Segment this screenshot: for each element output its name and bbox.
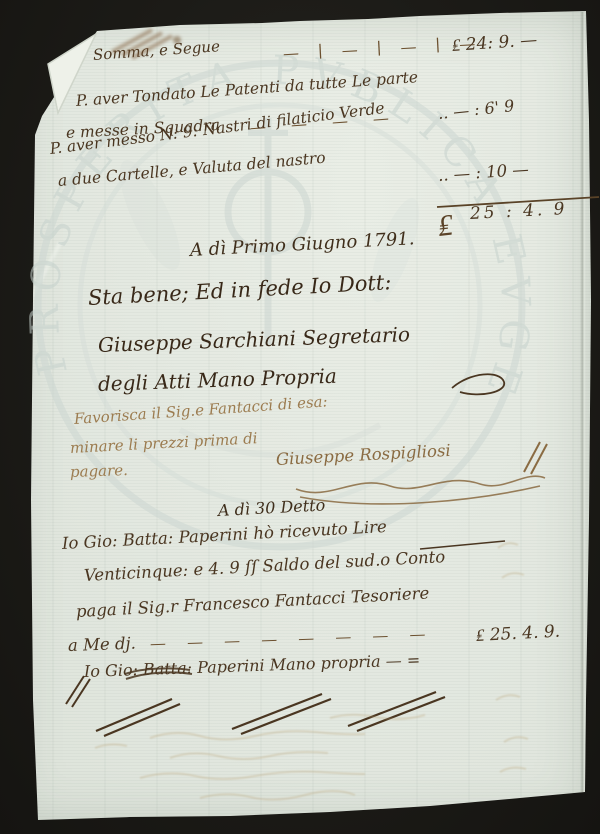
photograph-of-manuscript: { "colors": { "background": "#1c1b17", "… (0, 0, 600, 834)
total-currency-sign: ₤ (436, 211, 454, 242)
total-amount: 25 : 4. 9 (470, 201, 568, 223)
receipt-line4: a Me dj. (68, 636, 136, 655)
attestation-line1: Sta bene; Ed in fede Io Dott: (87, 272, 391, 309)
marginal-note-line3: pagare. (70, 463, 128, 480)
marginal-note-line2: minare li prezzi prima di (70, 431, 258, 456)
date-heading-june: A dì Primo Giugno 1791. (190, 230, 415, 260)
date-heading-30-detto: A dì 30 Detto (218, 497, 326, 519)
entry2-amount: .. — : 10 — (437, 162, 529, 185)
receipt-line2: Venticinque: e 4. 9 ſſ Saldo del sud.o C… (84, 549, 446, 584)
summary-amount: ₤ 24: 9. — (451, 32, 537, 55)
signature-rospigliosi: Giuseppe Rospigliosi (276, 443, 452, 469)
marginal-note-line1: Favorisca il Sig.e Fantacci di esa: (73, 394, 328, 427)
entry1-amount: .. — : 6' 9 (437, 98, 515, 122)
receipt-amount: ₤ 25. 4. 9. (476, 624, 561, 645)
receipt-line3: paga il Sig.r Francesco Fantacci Tesorie… (76, 585, 430, 620)
receipt-line1: Io Gio: Batta: Paperini hò ricevuto Lire (62, 519, 388, 552)
signature-paperini: Io Gio: Batta: Paperini Mano propria — = (84, 652, 421, 680)
handwriting-layer: Somma, e Segue — ∣ — ∣ — ∣ — ₤ 24: 9. — … (0, 0, 600, 834)
attestation-line3: degli Atti Mano Propria (98, 366, 337, 394)
summary-label: Somma, e Segue (92, 39, 220, 63)
receipt-dash-leader: — — — — — — — — (150, 626, 434, 652)
entry2-text-line2: a due Cartelle, e Valuta del nastro (57, 151, 326, 190)
attestation-signature-sarchiani: Giuseppe Sarchiani Segretario (98, 324, 411, 355)
